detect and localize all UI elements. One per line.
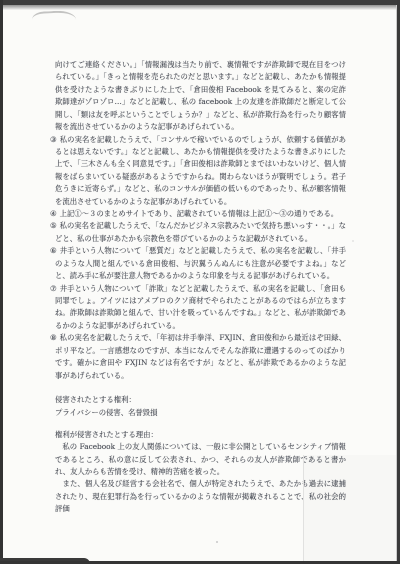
reason-section-heading: 権利が侵害されたとする理由： [55, 429, 346, 441]
scan-fold-line [303, 455, 304, 561]
paragraph-continuation: 向けてご連絡ください。」「情報漏洩は当たり前で、裏情報ですが詐欺師で現在目をつけ… [55, 59, 346, 134]
item-number: ③ [50, 135, 57, 144]
scanned-document-page: 向けてご連絡ください。」「情報漏洩は当たり前で、裏情報ですが詐欺師で現在目をつけ… [0, 0, 400, 564]
scan-shade-region [304, 455, 397, 561]
item-number: ⑥ [50, 246, 57, 255]
scan-speck [216, 541, 218, 543]
item-text: 井手という人物について「悪質だ」などと記載したうえで、私の実名を記載し、「井手の… [55, 246, 346, 280]
item-number: ④ [50, 209, 57, 218]
item-text: 私の実名を記載したうえで、「年初は井手拳洋、FXJIN、倉田俊和から最近はぞ田緑… [55, 333, 346, 379]
item-number: ⑧ [50, 333, 57, 342]
item-text: 井手という人物について「詐欺」などと記載したうえで、私の実名を記載し、「倉田も同… [55, 284, 346, 330]
complaint-item-5: ⑤私の実名を記載したうえで、「なんだかビジネス宗教みたいで気持ち悪いっす・・。」… [55, 220, 346, 245]
complaint-item-4: ④上記①〜３のまとめサイトであり、記載されている情報は上記①〜③の通りである。 [55, 208, 346, 220]
rights-section-heading: 侵害されたとする権利： [55, 394, 346, 406]
item-text: 私の実名を記載したうえで、「なんだかビジネス宗教みたいで気持ち悪いっす・・。」な… [55, 221, 346, 242]
scan-speck [352, 240, 354, 242]
pencil-mark [32, 10, 76, 22]
scan-edge-top-shadow [0, 5, 400, 10]
document-text-block: 向けてご連絡ください。」「情報漏洩は当たり前で、裏情報ですが詐欺師で現在目をつけ… [55, 59, 346, 516]
item-number: ⑤ [50, 221, 57, 230]
item-text: 上記①〜３のまとめサイトであり、記載されている情報は上記①〜③の通りである。 [60, 209, 339, 218]
complaint-item-7: ⑦井手という人物について「詐欺」などと記載したうえで、私の実名を記載し、「倉田も… [55, 283, 346, 333]
item-number: ⑦ [50, 284, 57, 293]
complaint-item-8: ⑧私の実名を記載したうえで、「年初は井手拳洋、FXJIN、倉田俊和から最近はぞ田… [55, 332, 346, 382]
complaint-item-3: ③私の実名を記載したうえで、「コンサルで稼いでいるのでしょうが、依頼する価値があ… [55, 134, 346, 209]
scan-edge-left [0, 0, 3, 564]
rights-section-body: プライバシーの侵害、名誉毀損 [55, 407, 346, 419]
complaint-item-6: ⑥井手という人物について「悪質だ」などと記載したうえで、私の実名を記載し、「井手… [55, 245, 346, 282]
item-text: 私の実名を記載したうえで、「コンサルで稼いでいるのでしょうが、依頼する価値がある… [55, 135, 346, 206]
